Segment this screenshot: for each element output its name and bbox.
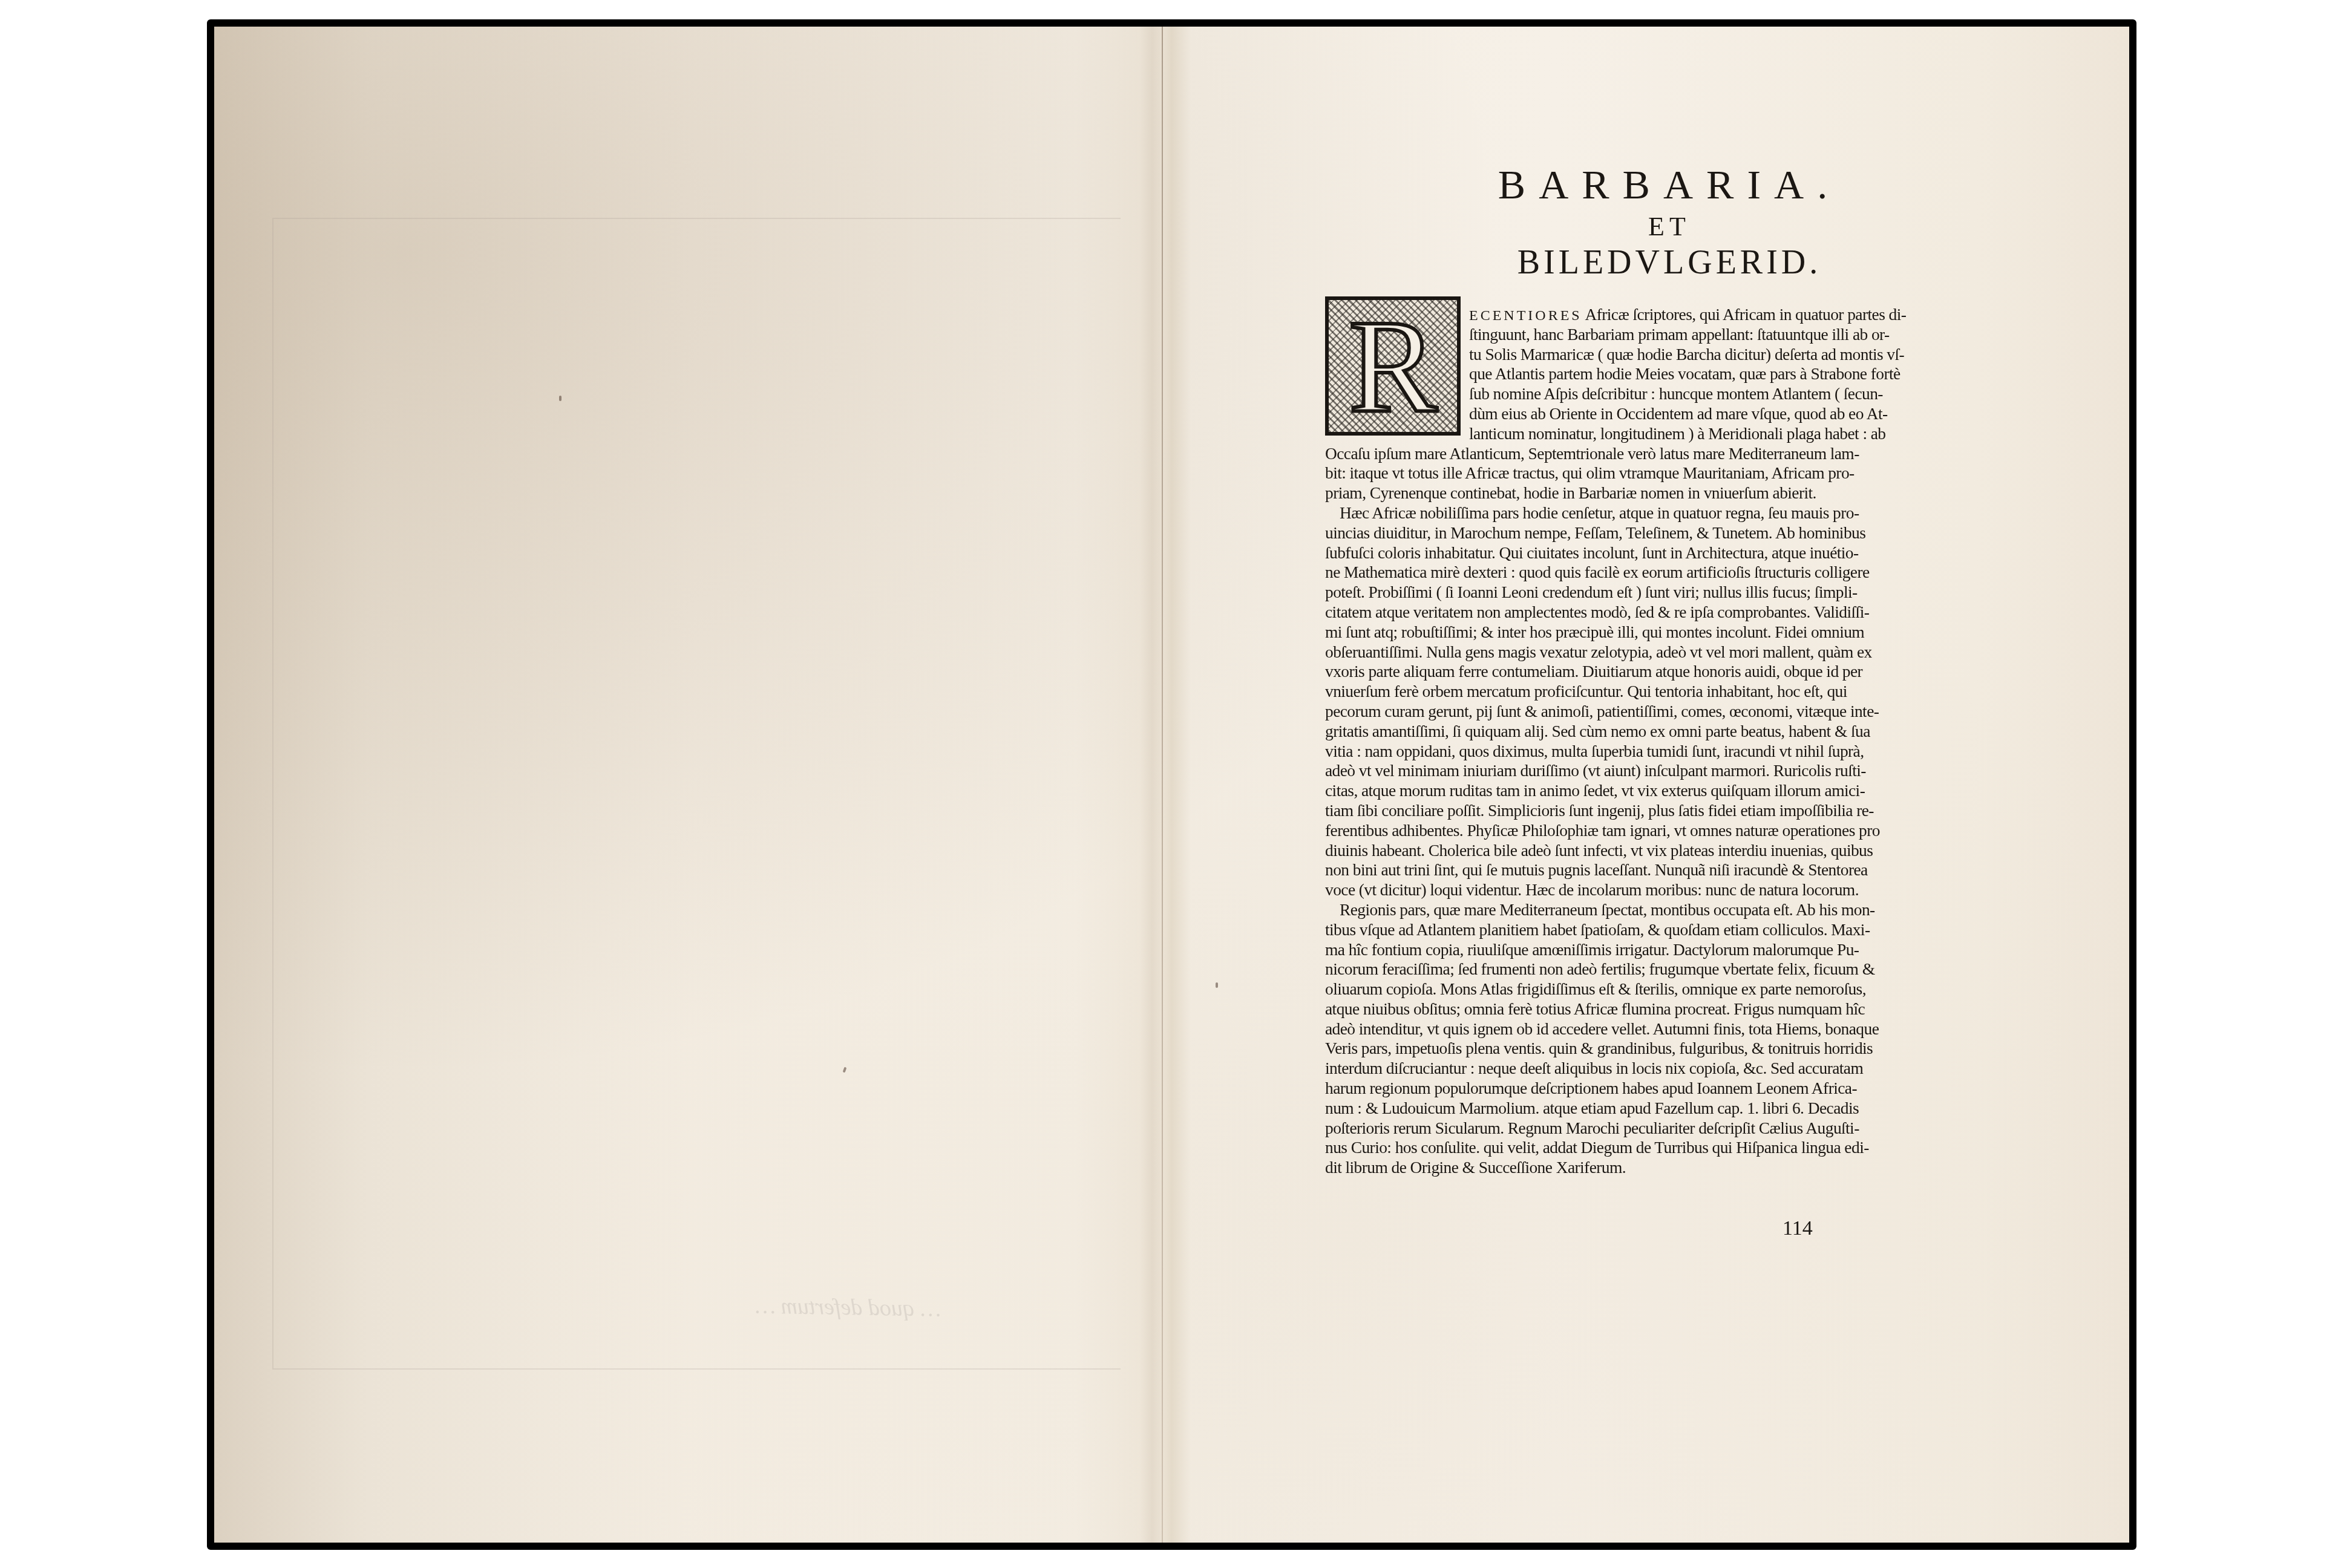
text-line: vitia : nam oppidani, quos diximus, mult… bbox=[1325, 742, 1827, 762]
text-line: vniuerſum ferè orbem mercatum proficiſcu… bbox=[1325, 682, 1827, 702]
text-line: priam, Cyrenenque continebat, hodie in B… bbox=[1325, 483, 1827, 503]
text-line: Occaſu ipſum mare Atlanticum, Septemtrio… bbox=[1325, 444, 1827, 464]
text-line: diuinis habeant. Cholerica bile adeò ſun… bbox=[1325, 841, 1827, 861]
text-line: gritatis amantiſſimi, ſi quiquam alij. S… bbox=[1325, 722, 1827, 742]
paper-speck bbox=[559, 396, 561, 401]
body-text: ECENTIORES Africæ ſcriptores, qui Africa… bbox=[1325, 305, 1827, 1178]
text-line: dit librum de Origine & Succeſſione Xari… bbox=[1325, 1158, 1827, 1178]
text-line: poſterioris rerum Sicularum. Regnum Maro… bbox=[1325, 1119, 1827, 1138]
text-line: lanticum nominatur, longitudinem ) à Mer… bbox=[1325, 424, 1827, 444]
text-line: poteſt. Probiſſimi ( ſi Ioanni Leoni cre… bbox=[1325, 583, 1827, 603]
text-line: voce (vt dicitur) loqui videntur. Hæc de… bbox=[1325, 880, 1827, 900]
text-line: adeò vt vel minimam iniuriam duriſſimo (… bbox=[1325, 761, 1827, 781]
text-line: dùm eius ab Oriente in Occidentem ad mar… bbox=[1325, 404, 1827, 424]
text-line: obſeruantiſſimi. Nulla gens magis vexatu… bbox=[1325, 642, 1827, 662]
text-line: bit: itaque vt totus ille Africæ tractus… bbox=[1325, 463, 1827, 483]
title-conjunction: ET bbox=[1418, 211, 1920, 242]
page-subtitle: BILEDVLGERID. bbox=[1418, 243, 1920, 282]
text-line: ferentibus adhibentes. Phyſicæ Philoſoph… bbox=[1325, 821, 1827, 841]
show-through-text: … quod defertum … bbox=[395, 1286, 940, 1344]
text-line: ſub nomine Aſpis deſcribitur : huncque m… bbox=[1325, 384, 1827, 404]
text-line: Regionis pars, quæ mare Mediterraneum ſp… bbox=[1325, 900, 1827, 920]
text-line: vxoris parte aliquam ferre contumeliam. … bbox=[1325, 662, 1827, 682]
text-line: ſubfuſci coloris inhabitatur. Qui ciuita… bbox=[1325, 543, 1827, 563]
text-line: ne Mathematica mirè dexteri : quod quis … bbox=[1325, 563, 1827, 583]
gutter-shadow bbox=[1140, 27, 1164, 1543]
smallcaps-lead: ECENTIORES bbox=[1469, 308, 1582, 324]
text-line: nus Curio: hos conſulite. qui velit, add… bbox=[1325, 1138, 1827, 1158]
text-line: num : & Ludouicum Marmolium. atque etiam… bbox=[1325, 1099, 1827, 1119]
text-line: pecorum curam gerunt, pij ſunt & animoſi… bbox=[1325, 702, 1827, 722]
page-number: 114 bbox=[1783, 1217, 1813, 1240]
text-line: mi ſunt atq; robuſtiſſimi; & inter hos p… bbox=[1325, 622, 1827, 642]
scan-frame: … quod defertum … BARBARIA. ET BILEDVLGE… bbox=[207, 19, 2136, 1550]
text-line: interdum diſcruciantur : neque deeſt ali… bbox=[1325, 1059, 1827, 1079]
text-line: tiam ſibi conciliare poſſit. Simpliciori… bbox=[1325, 801, 1827, 821]
text-line: ſtinguunt, hanc Barbariam primam appella… bbox=[1325, 325, 1827, 345]
paper-speck bbox=[1216, 982, 1218, 988]
center-fold bbox=[1162, 27, 1163, 1543]
text-line: atque niuibus obſitus; omnia ferè totius… bbox=[1325, 999, 1827, 1019]
text-line: non bini aut trini ſint, qui ſe mutuis p… bbox=[1325, 860, 1827, 880]
page-title: BARBARIA. bbox=[1418, 161, 1920, 209]
text-line: que Atlantis partem hodie Meies vocatam,… bbox=[1325, 364, 1827, 384]
plate-impression bbox=[272, 218, 1121, 1370]
text-line: adeò intenditur, vt quis ignem ob id acc… bbox=[1325, 1019, 1827, 1039]
text-line: Veris pars, impetuoſis plena ventis. qui… bbox=[1325, 1039, 1827, 1059]
text-line: ECENTIORES Africæ ſcriptores, qui Africa… bbox=[1325, 305, 1827, 325]
text-line: citas, atque morum ruditas tam in animo … bbox=[1325, 781, 1827, 801]
text-line: nicorum feraciſſima; ſed frumenti non ad… bbox=[1325, 959, 1827, 979]
text-line: tibus vſque ad Atlantem planitiem habet … bbox=[1325, 920, 1827, 940]
text-line: uincias diuiditur, in Marochum nempe, Fe… bbox=[1325, 523, 1827, 543]
text-line: oliuarum copioſa. Mons Atlas frigidiſſim… bbox=[1325, 979, 1827, 999]
text-line: Hæc Africæ nobiliſſima pars hodie cenſet… bbox=[1325, 503, 1827, 523]
text-line: ma hîc fontium copia, riuuliſque amœniſſ… bbox=[1325, 940, 1827, 960]
text-line: citatem atque veritatem non amplectentes… bbox=[1325, 603, 1827, 622]
text-line: tu Solis Marmaricæ ( quæ hodie Barcha di… bbox=[1325, 345, 1827, 365]
text-line: harum regionum populorumque deſcriptione… bbox=[1325, 1079, 1827, 1099]
